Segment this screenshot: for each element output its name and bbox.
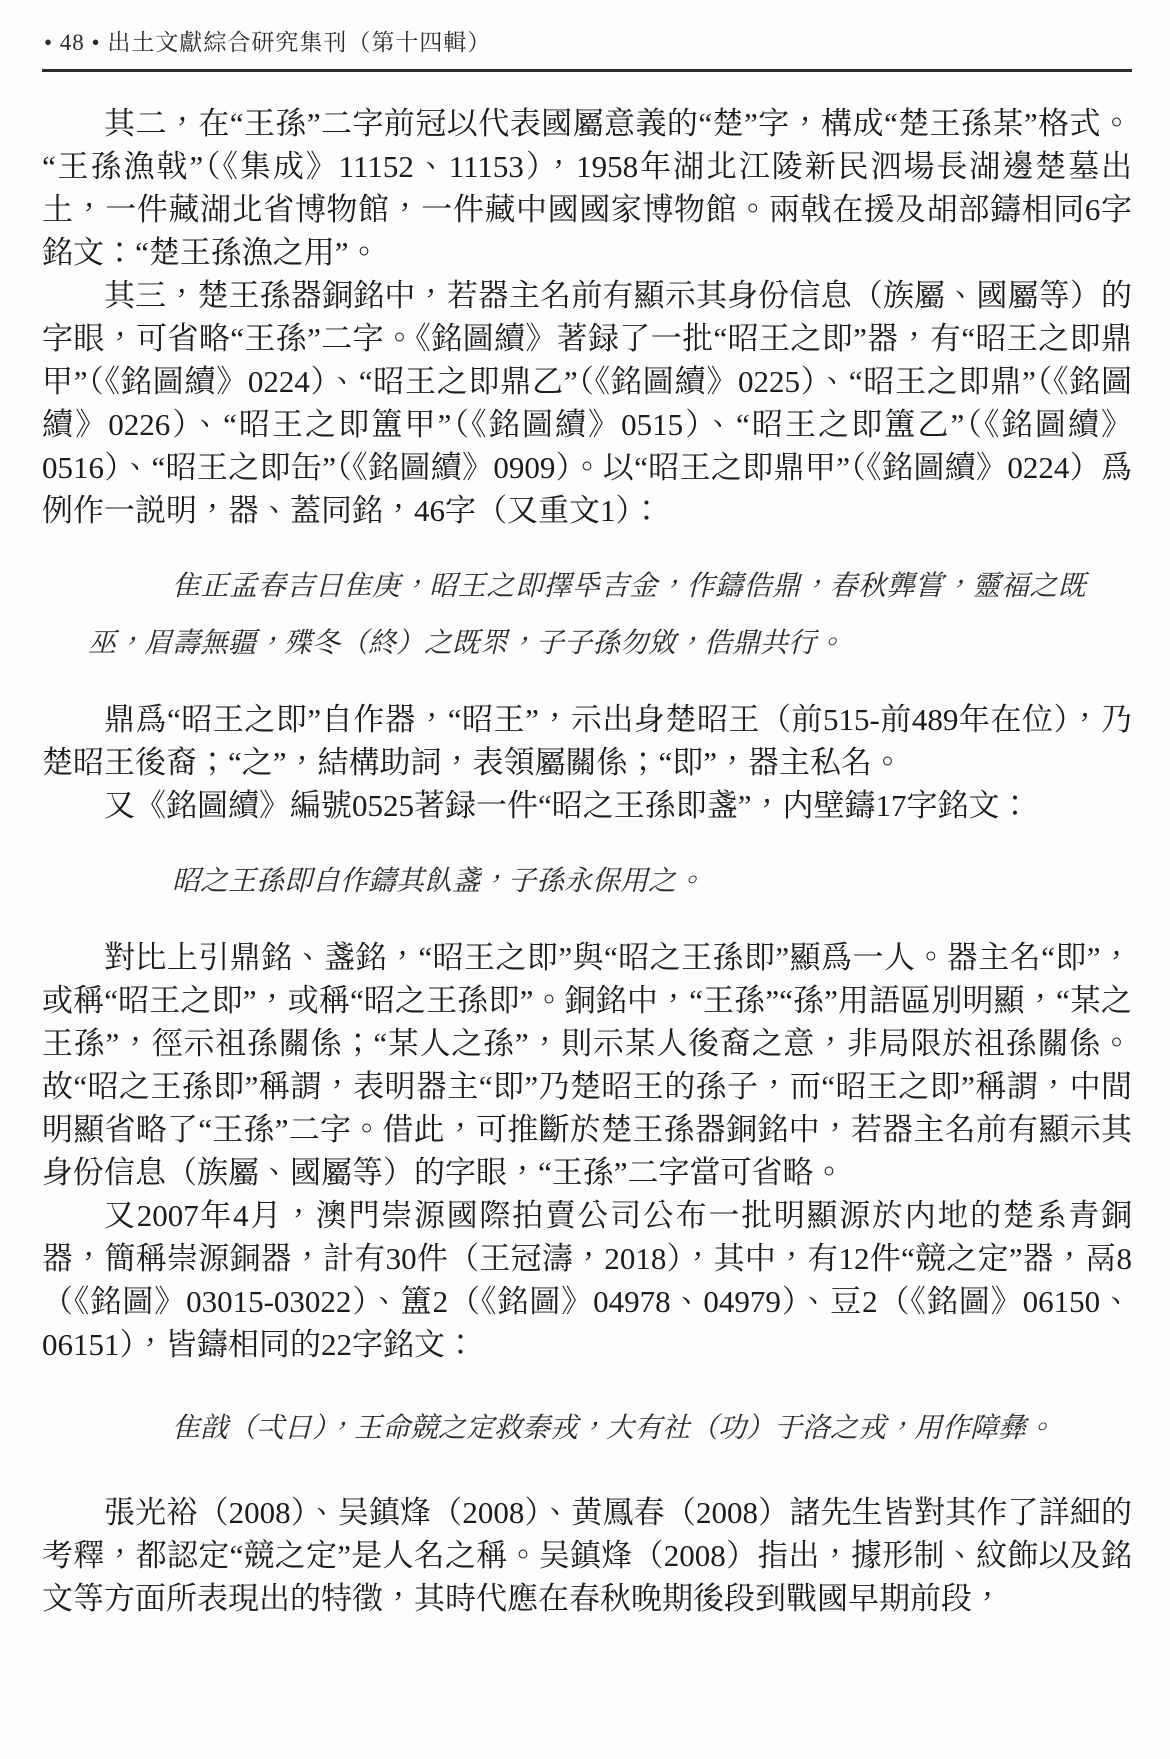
paragraph-chongyuan-bronzes: 又2007年4月，澳門崇源國際拍賣公司公布一批明顯源於内地的楚系青銅器，簡稱崇源…	[42, 1194, 1132, 1366]
paragraph-second-point: 其二，在“王孫”二字前冠以代表國屬意義的“楚”字，構成“楚王孫某”格式。“王孫漁…	[42, 102, 1132, 274]
paragraph-ding-analysis: 鼎爲“昭王之即”自作器，“昭王”，示出身楚昭王（前515-前489年在位），乃楚…	[42, 698, 1132, 784]
paragraph-scholars: 張光裕（2008）、吴鎮烽（2008）、黄鳳春（2008）諸先生皆對其作了詳細的…	[42, 1491, 1132, 1620]
paragraph-third-point: 其三，楚王孫器銅銘中，若器主名前有顯示其身份信息（族屬、國屬等）的字眼，可省略“…	[42, 274, 1132, 532]
inscription-quote-ding: 隹正孟春吉日隹庚，昭王之即擇氒吉金，作鑄俈鼎，春秋龏嘗，靈福之既巫，眉壽無疆，殜…	[88, 558, 1086, 672]
running-head: • 48 • 出土文獻綜合研究集刊（第十四輯）	[42, 24, 1132, 57]
inscription-quote-zhan: 昭之王孫即自作鑄其飤盞，子孫永保用之。	[88, 853, 1086, 910]
paragraph-comparison: 對比上引鼎銘、盞銘，“昭王之即”與“昭之王孫即”顯爲一人。器主名“即”，或稱“昭…	[42, 936, 1132, 1194]
inscription-quote-jingzhiding: 隹戠（弌日），王命競之定救秦戎，大有社（功）于洛之戎，用作障彝。	[88, 1400, 1086, 1457]
scanned-journal-page: • 48 • 出土文獻綜合研究集刊（第十四輯） 其二，在“王孫”二字前冠以代表國…	[0, 0, 1170, 1759]
header-rule	[42, 69, 1132, 72]
paragraph-zhan-intro: 又《銘圖續》編號0525著録一件“昭之王孫即盞”，内壁鑄17字銘文：	[42, 784, 1132, 827]
article-body: 其二，在“王孫”二字前冠以代表國屬意義的“楚”字，構成“楚王孫某”格式。“王孫漁…	[42, 102, 1132, 1620]
